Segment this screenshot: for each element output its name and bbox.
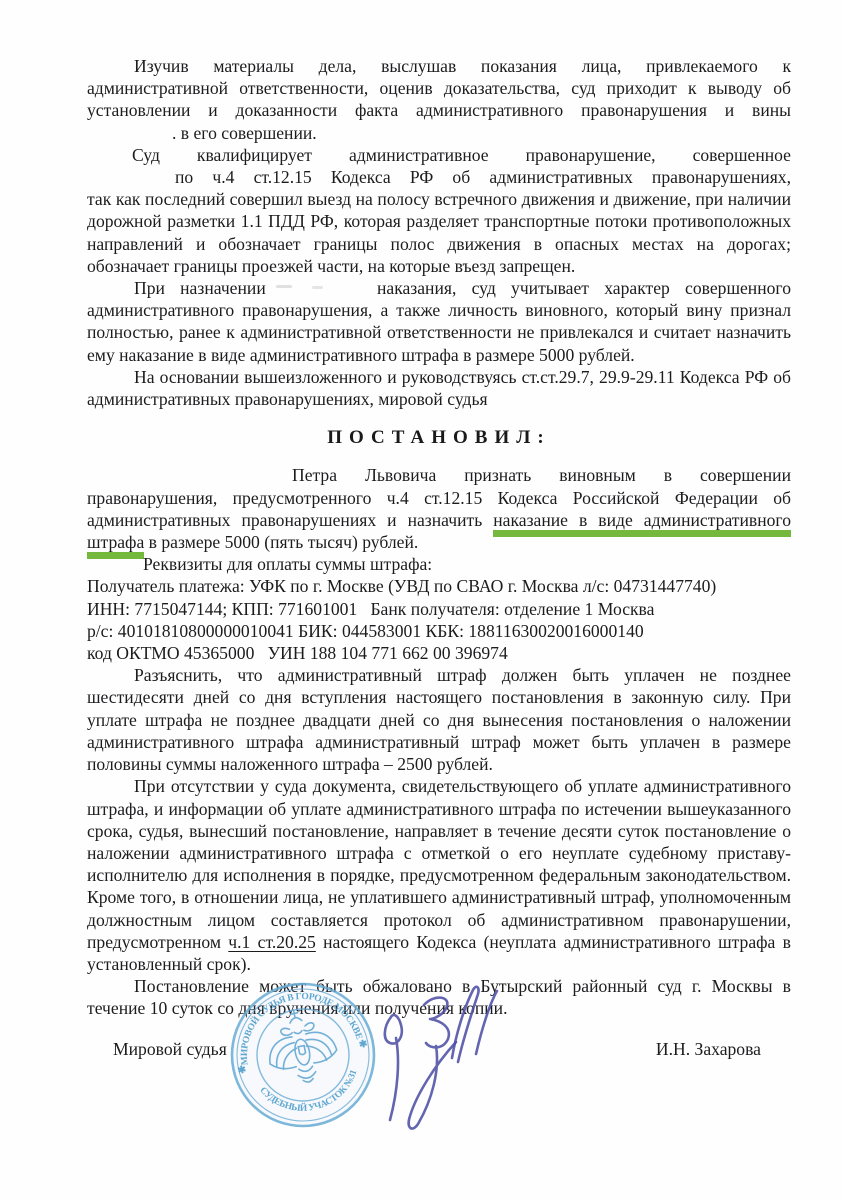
line-payee: Получатель платежа: УФК по г. Москве (УВ…	[87, 575, 791, 597]
judge-name: И.Н. Захарова	[656, 1038, 761, 1060]
line-account: р/с: 40101810800000010041 БИК: 044583001…	[87, 620, 791, 642]
text-run: по ч.4 ст.12.15 Кодекса РФ об администра…	[175, 167, 791, 187]
paragraph-nonpayment-consequences: При отсутствии у суда документа, свидете…	[87, 775, 791, 975]
text-run: Разъяснить, что административный штраф д…	[87, 665, 791, 774]
paragraph-violation-description: так как последний совершил выезд на поло…	[87, 188, 791, 277]
underlined-article-reference: ч.1 ст.20.25	[228, 932, 316, 952]
paragraph-findings: Изучив материалы дела, выслушав показани…	[87, 55, 791, 122]
text-run: код ОКТМО 45365000 УИН 188 104 771 662 0…	[87, 643, 508, 663]
resolution-heading: ПОСТАНОВИЛ:	[87, 427, 791, 449]
paragraph-penalty-reasoning: При назначении наказания, суд учитывает …	[87, 277, 791, 366]
text-run: При отсутствии у суда документа, свидете…	[87, 776, 791, 951]
line-qualification: Суд квалифицирует административное право…	[132, 144, 791, 166]
redacted-gap	[266, 292, 362, 294]
line-inn-kpp: ИНН: 7715047144; КПП: 771601001 Банк пол…	[87, 598, 791, 620]
line-article-reference: по ч.4 ст.12.15 Кодекса РФ об администра…	[175, 166, 791, 188]
line-guilt-continuation: . в его совершении.	[172, 122, 791, 144]
text-run: в размере 5000 (пять тысяч) рублей.	[144, 532, 418, 552]
text-run: Изучив материалы дела, выслушав показани…	[87, 56, 791, 120]
document-body: Изучив материалы дела, выслушав показани…	[87, 55, 791, 1200]
paragraphs: Изучив материалы дела, выслушав показани…	[87, 55, 791, 1020]
paragraph-legal-basis: На основании вышеизложенного и руководст…	[87, 366, 791, 410]
text-run: . в его совершении.	[172, 123, 317, 143]
text-run: Суд квалифицирует административное право…	[132, 145, 791, 165]
text-run: так как последний совершил выезд на поло…	[87, 189, 791, 276]
paragraph-payment-terms: Разъяснить, что административный штраф д…	[87, 664, 791, 775]
line-requisites-title: Реквизиты для оплаты суммы штрафа:	[143, 553, 791, 575]
judge-role-label: Мировой судья	[113, 1038, 227, 1060]
text-run: р/с: 40101810800000010041 БИК: 044583001…	[87, 621, 644, 641]
court-document-page: Изучив материалы дела, выслушав показани…	[0, 0, 842, 1200]
text-run: Получатель платежа: УФК по г. Москве (УВ…	[87, 576, 716, 596]
text-run: ПОСТАНОВИЛ:	[327, 427, 550, 448]
line-oktmo-uin: код ОКТМО 45365000 УИН 188 104 771 662 0…	[87, 642, 791, 664]
text-run: При назначении	[134, 278, 266, 298]
text-run: ИНН: 7715047144; КПП: 771601001 Банк пол…	[87, 599, 654, 619]
text-run: Реквизиты для оплаты суммы штрафа:	[143, 554, 432, 574]
judge-signature	[360, 970, 510, 1145]
text-run: На основании вышеизложенного и руководст…	[87, 367, 791, 409]
signature-block: МИРОВОЙ СУДЬЯ В ГОРОДЕ МОСКВЕ СУДЕБНЫЙ У…	[87, 1036, 791, 1200]
paragraph-verdict: Петра Львовича признать виновным в совер…	[87, 464, 791, 553]
